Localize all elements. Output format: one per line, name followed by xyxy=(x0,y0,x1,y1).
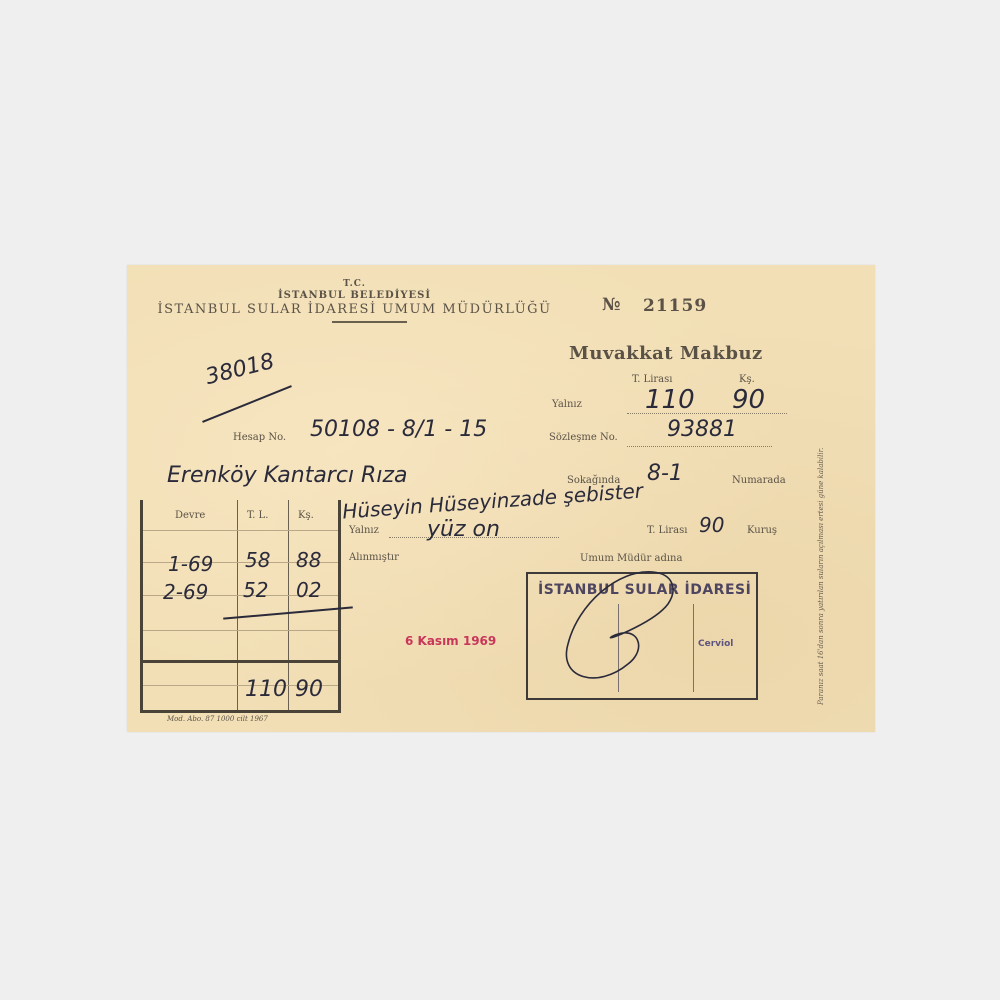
row2-lira: 52 xyxy=(243,578,268,602)
kurus-label: Kuruş xyxy=(747,525,777,536)
row2-kurus: 02 xyxy=(296,578,321,602)
office-stamp: İSTANBUL SULAR İDARESİ Cerviol xyxy=(526,572,758,700)
reference-number: 38018 xyxy=(203,349,277,390)
kurus-header: Kş. xyxy=(298,510,314,521)
total-kurus: 90 xyxy=(295,677,323,702)
header-tc: T.C. xyxy=(127,279,582,289)
form-code: Mod. Abo. 87 1000 cilt 1967 xyxy=(167,715,268,723)
signatory-label: Umum Müdür adına xyxy=(580,553,682,564)
header-rule xyxy=(332,321,407,323)
hesap-label: Hesap No. xyxy=(233,432,286,443)
kurus-column-label: Kş. xyxy=(739,374,755,385)
reference-underline xyxy=(202,385,292,423)
devre-header: Devre xyxy=(175,510,205,521)
receipt-title: Muvakkat Makbuz xyxy=(569,343,763,364)
side-note: Paranız saat 16'dan sonra yatırılan sula… xyxy=(815,305,829,705)
tl-header: T. L. xyxy=(247,510,268,521)
row1-lira: 58 xyxy=(245,548,270,572)
header-idare: İSTANBUL SULAR İDARESİ UMUM MÜDÜRLÜĞÜ xyxy=(127,302,582,317)
hesap-value: 50108 - 8/1 - 15 xyxy=(310,417,487,442)
amount-kurus: 90 xyxy=(732,385,765,415)
kurus-written: 90 xyxy=(699,513,724,537)
number-symbol: № xyxy=(602,295,620,315)
row2-devre: 2-69 xyxy=(163,580,208,604)
signature xyxy=(558,564,698,694)
lira-column-label: T. Lirası xyxy=(632,374,672,385)
receipt: T.C. İSTANBUL BELEDİYESİ İSTANBUL SULAR … xyxy=(127,265,875,732)
row1-devre: 1-69 xyxy=(168,552,213,576)
door-number: 8-1 xyxy=(647,461,683,486)
devre-table: Devre T. L. Kş. 1-69 58 88 2-69 52 02 11… xyxy=(140,500,341,713)
row1-kurus: 88 xyxy=(296,548,321,572)
address-line1: Erenköy Kantarcı Rıza xyxy=(167,463,408,488)
numara-label: Numarada xyxy=(732,475,786,486)
yalniz-label: Yalnız xyxy=(552,399,582,410)
office-stamp-sub: Cerviol xyxy=(698,639,733,649)
written-amount: yüz on xyxy=(427,517,500,542)
sozlesme-value: 93881 xyxy=(667,417,737,442)
tlirasi-label: T. Lirası xyxy=(647,525,687,536)
total-lira: 110 xyxy=(245,677,287,702)
date-stamp: 6 Kasım 1969 xyxy=(405,634,496,648)
receipt-number: 21159 xyxy=(643,296,707,316)
alinmistir-label: Alınmıştır xyxy=(349,552,399,563)
yalniz-words-label: Yalnız xyxy=(349,525,379,536)
sozlesme-line xyxy=(627,446,772,447)
amount-lira: 110 xyxy=(645,385,695,415)
sozlesme-label: Sözleşme No. xyxy=(549,432,618,443)
header-belediye: İSTANBUL BELEDİYESİ xyxy=(127,290,582,301)
